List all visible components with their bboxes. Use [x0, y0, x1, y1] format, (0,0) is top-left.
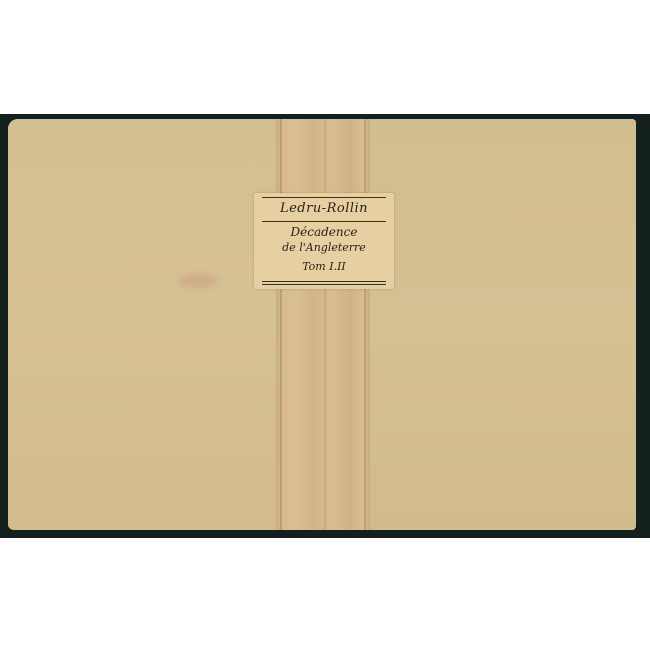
label-rule [262, 284, 386, 285]
stain-mark [178, 274, 218, 288]
label-title-line1: Décadence [254, 225, 394, 239]
spine-crease [280, 119, 282, 530]
spine-crease [364, 119, 366, 530]
back-board [8, 119, 276, 530]
front-board: p. III [370, 119, 636, 530]
label-rule [262, 281, 386, 282]
spine-label: Ledru-Rollin Décadence de l'Angleterre T… [254, 193, 394, 289]
label-author: Ledru-Rollin [254, 201, 394, 216]
book-spine [276, 119, 370, 530]
label-rule [262, 197, 386, 198]
book-cover: p. III Ledru-Rollin Décadence de l'Angle… [8, 119, 636, 530]
label-title-line2: de l'Angleterre [254, 241, 394, 254]
label-volume: Tom I.II [254, 260, 394, 273]
label-rule [262, 221, 386, 222]
spine-crease [324, 119, 326, 530]
